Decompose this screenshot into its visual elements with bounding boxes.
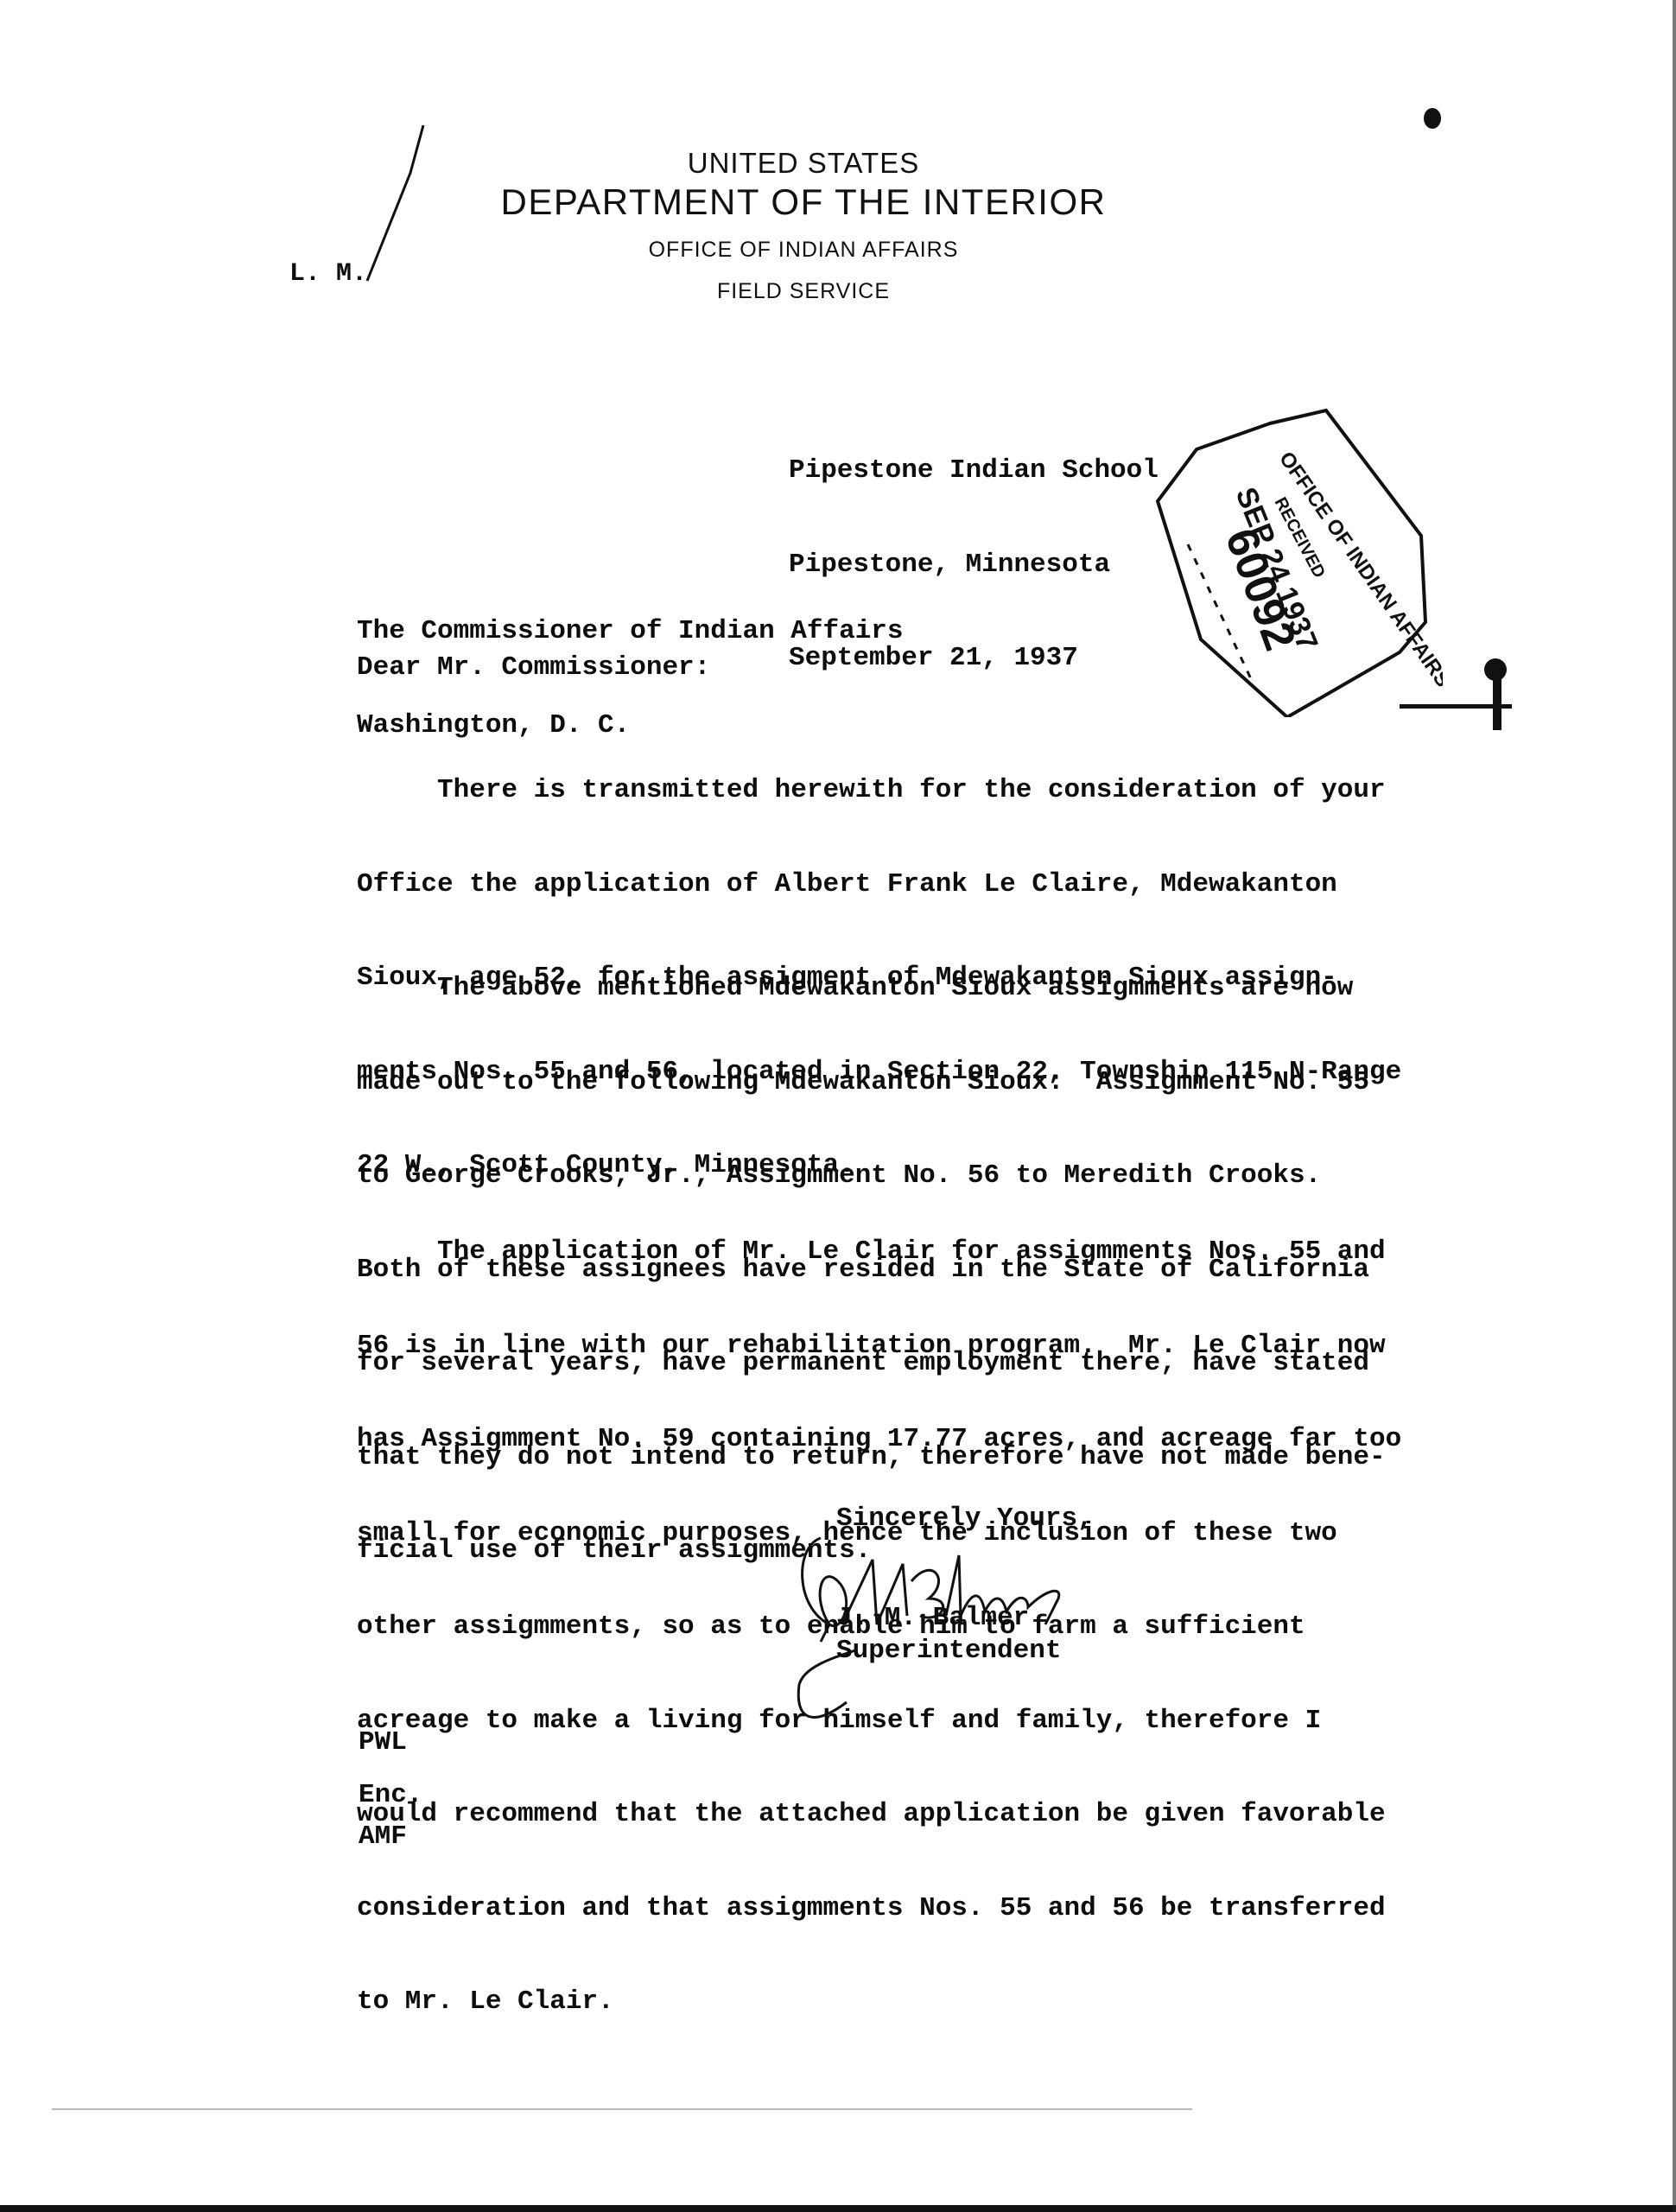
initials-line: AMF	[359, 1821, 407, 1854]
letterhead-office: OFFICE OF INDIAN AFFAIRS	[501, 238, 1106, 263]
letterhead-country: UNITED STATES	[501, 147, 1106, 180]
scan-streak	[52, 2108, 1192, 2110]
paragraph-line: would recommend that the attached applic…	[357, 1798, 1401, 1832]
paragraph-line: There is transmitted herewith for the co…	[357, 774, 1401, 808]
ink-dot	[1424, 108, 1441, 129]
ink-stroke-horizontal	[1400, 704, 1512, 709]
typist-initials: PWL AMF	[359, 1666, 407, 1884]
signer-title: Superintendent	[836, 1636, 1061, 1666]
paragraph-line: The above mentioned Mdewakanton Sioux as…	[357, 972, 1386, 1006]
paragraph-line: made out to the following Mdewakanton Si…	[357, 1066, 1386, 1100]
scan-edge-bottom	[0, 2205, 1676, 2212]
scan-edge-right	[1673, 0, 1676, 2212]
pencil-stroke	[302, 121, 441, 294]
paragraph-line: to Mr. Le Clair.	[357, 1986, 1401, 2019]
paragraph-line: The application of Mr. Le Clair for assi…	[357, 1236, 1401, 1269]
signer-name: J. M. Balmer	[836, 1603, 1029, 1633]
salutation: Dear Mr. Commissioner:	[357, 652, 710, 683]
recipient-title: The Commissioner of Indian Affairs	[357, 615, 904, 649]
enclosure-note: Enc.	[359, 1780, 422, 1810]
received-stamp: OFFICE OF INDIAN AFFAIRS RECEIVED SEP 24…	[1149, 406, 1443, 717]
paragraph-line: has Assigmment No. 59 containing 17.77 a…	[357, 1423, 1401, 1457]
letterhead-department: DEPARTMENT OF THE INTERIOR	[415, 181, 1192, 223]
sender-school: Pipestone Indian School	[789, 454, 1159, 488]
initials-line: PWL	[359, 1726, 407, 1760]
stamp-office: OFFICE OF INDIAN AFFAIRS	[1274, 448, 1443, 691]
letterhead-field-service: FIELD SERVICE	[501, 279, 1106, 304]
paragraph-line: 56 is in line with our rehabilitation pr…	[357, 1330, 1401, 1363]
paragraph-line: Office the application of Albert Frank L…	[357, 868, 1401, 902]
paragraph-line: consideration and that assigmments Nos. …	[357, 1892, 1401, 1926]
